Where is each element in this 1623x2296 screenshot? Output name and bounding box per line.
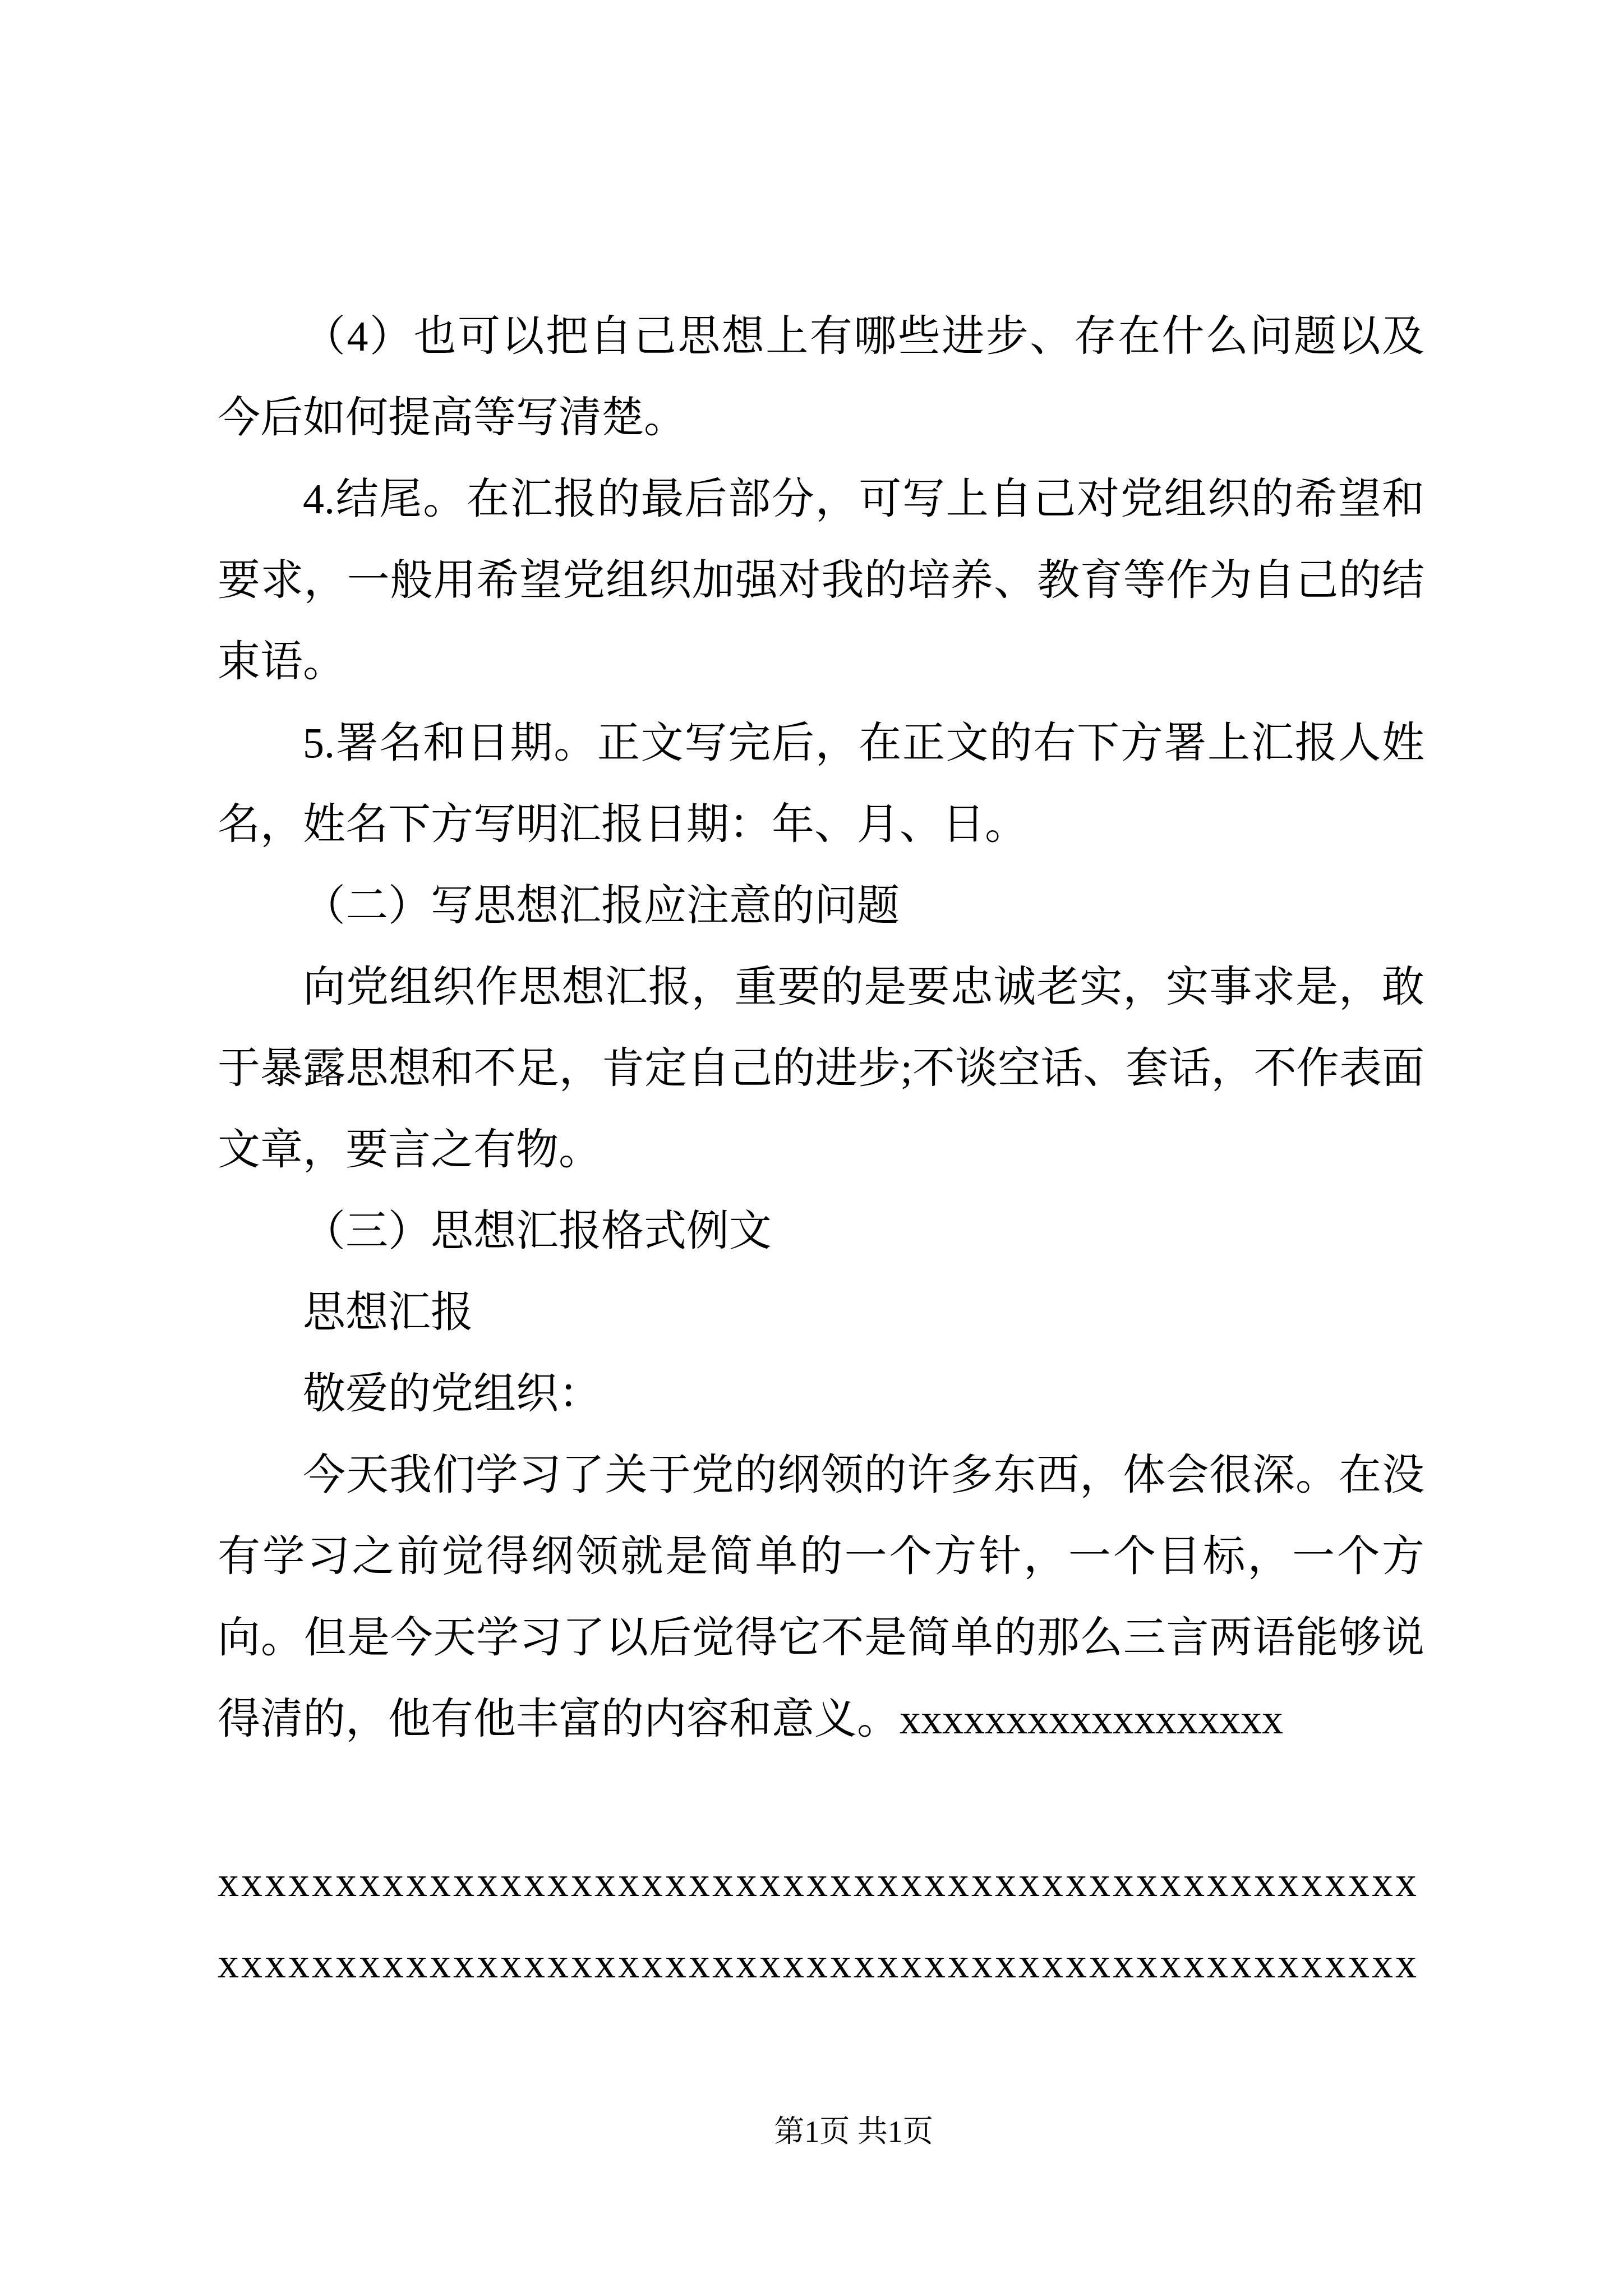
paragraph: 向党组织作思想汇报，重要的是要忠诚老实，实事求是，敢于暴露思想和不足，肯定自己的… — [218, 947, 1424, 1191]
paragraph: 4.结尾。在汇报的最后部分，可写上自己对党组织的希望和要求，一般用希望党组织加强… — [218, 459, 1424, 703]
paragraph: （二）写思想汇报应注意的问题 — [218, 866, 1424, 947]
placeholder-x-row: xxxxxxxxxxxxxxxxxxxxxxxxxxxxxxxxxxxxxxxx… — [218, 1842, 1424, 1923]
paragraph: （4）也可以把自己思想上有哪些进步、存在什么问题以及今后如何提高等写清楚。 — [218, 296, 1424, 459]
placeholder-x-row: xxxxxxxxxxxxxxxxxxxxxxxxxxxxxxxxxxxxxxxx… — [218, 1923, 1424, 2004]
page-number-label: 第1页 共1页 — [774, 2115, 933, 2148]
document-body: （4）也可以把自己思想上有哪些进步、存在什么问题以及今后如何提高等写清楚。 4.… — [218, 296, 1424, 2004]
paragraph: 5.署名和日期。正文写完后，在正文的右下方署上汇报人姓名，姓名下方写明汇报日期：… — [218, 703, 1424, 866]
document-page: （4）也可以把自己思想上有哪些进步、存在什么问题以及今后如何提高等写清楚。 4.… — [0, 0, 1623, 2296]
paragraph: 今天我们学习了关于党的纲领的许多东西，体会很深。在没有学习之前觉得纲领就是简单的… — [218, 1435, 1424, 1760]
paragraph-salutation: 敬爱的党组织： — [218, 1354, 1424, 1435]
paragraph-report-title: 思想汇报 — [218, 1272, 1424, 1354]
blank-line — [218, 1760, 1424, 1842]
paragraph: （三）思想汇报格式例文 — [218, 1191, 1424, 1272]
page-footer: 第1页 共1页 — [0, 2109, 1623, 2154]
